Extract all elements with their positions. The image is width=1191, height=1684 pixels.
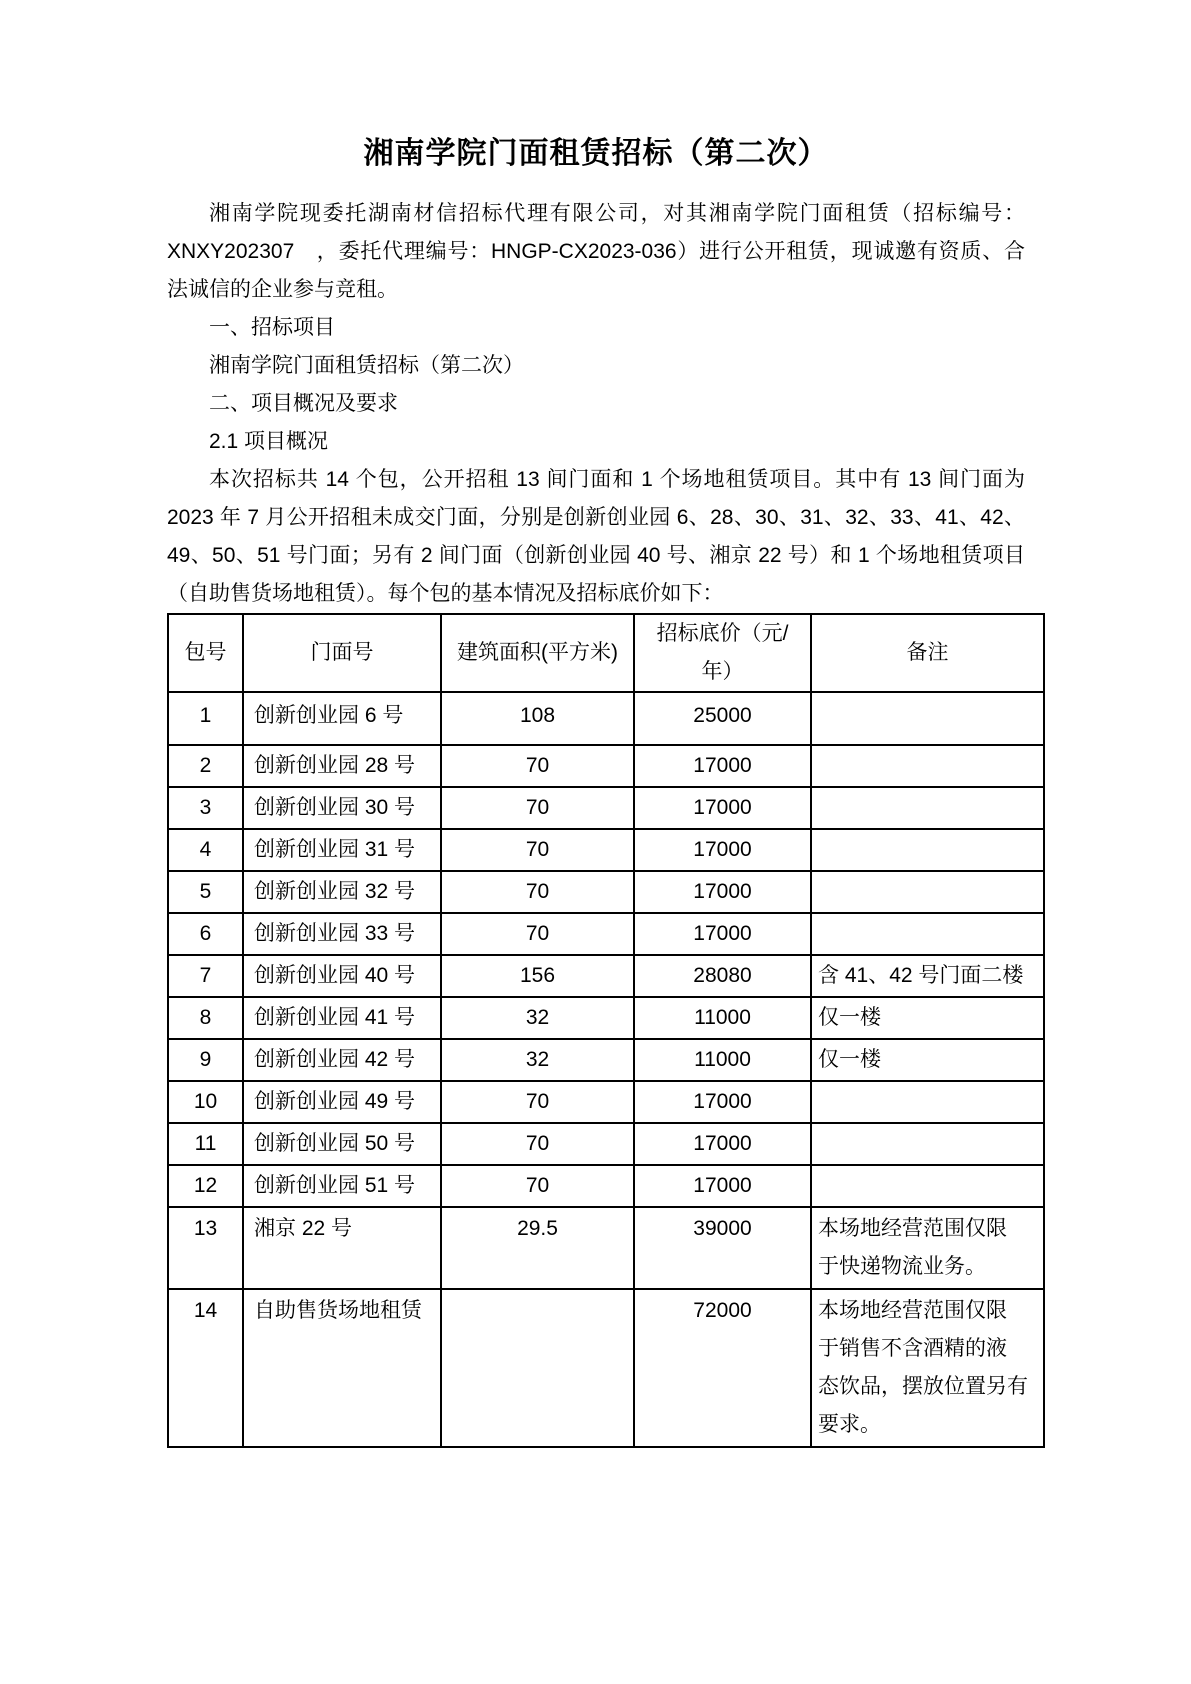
cell-area: 70	[441, 913, 634, 955]
cell-package-no: 12	[168, 1165, 243, 1207]
cell-package-no: 10	[168, 1081, 243, 1123]
cell-base-price: 11000	[634, 1039, 811, 1081]
bid-packages-table: 包号 门面号 建筑面积(平方米) 招标底价（元/ 年） 备注 1创新创业园 6 …	[167, 613, 1045, 1448]
cell-shop-no: 创新创业园 32 号	[243, 871, 441, 913]
cell-shop-no: 自助售货场地租赁	[243, 1289, 441, 1447]
cell-remark	[811, 745, 1044, 787]
section-2-1-heading: 2.1 项目概况	[167, 423, 1025, 461]
table-row: 6创新创业园 33 号7017000	[168, 913, 1044, 955]
column-header-area: 建筑面积(平方米)	[441, 614, 634, 692]
table-row: 4创新创业园 31 号7017000	[168, 829, 1044, 871]
bid-packages-table-body: 1创新创业园 6 号108250002创新创业园 28 号70170003创新创…	[168, 692, 1044, 1447]
table-row: 13湘京 22 号29.539000本场地经营范围仅限 于快递物流业务。	[168, 1207, 1044, 1289]
cell-shop-no: 创新创业园 28 号	[243, 745, 441, 787]
cell-shop-no: 创新创业园 51 号	[243, 1165, 441, 1207]
cell-package-no: 1	[168, 692, 243, 745]
table-header-row: 包号 门面号 建筑面积(平方米) 招标底价（元/ 年） 备注	[168, 614, 1044, 692]
cell-package-no: 4	[168, 829, 243, 871]
table-row: 3创新创业园 30 号7017000	[168, 787, 1044, 829]
cell-remark: 仅一楼	[811, 1039, 1044, 1081]
cell-remark: 本场地经营范围仅限 于快递物流业务。	[811, 1207, 1044, 1289]
cell-remark: 本场地经营范围仅限 于销售不含酒精的液 态饮品，摆放位置另有 要求。	[811, 1289, 1044, 1447]
document-page: 湘南学院门面租赁招标（第二次） 湘南学院现委托湖南材信招标代理有限公司，对其湘南…	[0, 0, 1191, 1684]
cell-remark	[811, 787, 1044, 829]
cell-base-price: 28080	[634, 955, 811, 997]
cell-package-no: 7	[168, 955, 243, 997]
cell-area: 70	[441, 787, 634, 829]
section-1-heading: 一、招标项目	[167, 309, 1025, 347]
cell-remark: 仅一楼	[811, 997, 1044, 1039]
cell-package-no: 6	[168, 913, 243, 955]
cell-base-price: 72000	[634, 1289, 811, 1447]
cell-remark	[811, 913, 1044, 955]
cell-area: 156	[441, 955, 634, 997]
table-row: 2创新创业园 28 号7017000	[168, 745, 1044, 787]
cell-base-price: 17000	[634, 1123, 811, 1165]
cell-base-price: 39000	[634, 1207, 811, 1289]
table-row: 9创新创业园 42 号3211000仅一楼	[168, 1039, 1044, 1081]
column-header-remark: 备注	[811, 614, 1044, 692]
column-header-shop-no: 门面号	[243, 614, 441, 692]
cell-remark	[811, 1081, 1044, 1123]
cell-shop-no: 创新创业园 42 号	[243, 1039, 441, 1081]
cell-shop-no: 创新创业园 40 号	[243, 955, 441, 997]
table-row: 7创新创业园 40 号15628080含 41、42 号门面二楼	[168, 955, 1044, 997]
cell-area	[441, 1289, 634, 1447]
cell-area: 29.5	[441, 1207, 634, 1289]
cell-base-price: 17000	[634, 913, 811, 955]
cell-area: 70	[441, 1165, 634, 1207]
cell-remark	[811, 1123, 1044, 1165]
cell-package-no: 3	[168, 787, 243, 829]
table-row: 12创新创业园 51 号7017000	[168, 1165, 1044, 1207]
cell-package-no: 8	[168, 997, 243, 1039]
cell-remark: 含 41、42 号门面二楼	[811, 955, 1044, 997]
cell-base-price: 11000	[634, 997, 811, 1039]
section-2-heading: 二、项目概况及要求	[167, 385, 1025, 423]
cell-base-price: 17000	[634, 1165, 811, 1207]
cell-package-no: 9	[168, 1039, 243, 1081]
table-header: 包号 门面号 建筑面积(平方米) 招标底价（元/ 年） 备注	[168, 614, 1044, 692]
table-row: 8创新创业园 41 号3211000仅一楼	[168, 997, 1044, 1039]
cell-remark	[811, 1165, 1044, 1207]
cell-shop-no: 创新创业园 30 号	[243, 787, 441, 829]
cell-shop-no: 创新创业园 50 号	[243, 1123, 441, 1165]
cell-area: 70	[441, 829, 634, 871]
table-row: 1创新创业园 6 号10825000	[168, 692, 1044, 745]
cell-shop-no: 创新创业园 6 号	[243, 692, 441, 745]
cell-package-no: 2	[168, 745, 243, 787]
cell-remark	[811, 692, 1044, 745]
cell-remark	[811, 871, 1044, 913]
section-1-body: 湘南学院门面租赁招标（第二次）	[167, 347, 1025, 385]
cell-area: 32	[441, 997, 634, 1039]
cell-shop-no: 湘京 22 号	[243, 1207, 441, 1289]
column-header-base-price: 招标底价（元/ 年）	[634, 614, 811, 692]
table-row: 5创新创业园 32 号7017000	[168, 871, 1044, 913]
table-row: 11创新创业园 50 号7017000	[168, 1123, 1044, 1165]
cell-package-no: 11	[168, 1123, 243, 1165]
cell-package-no: 14	[168, 1289, 243, 1447]
cell-package-no: 5	[168, 871, 243, 913]
table-row: 10创新创业园 49 号7017000	[168, 1081, 1044, 1123]
cell-area: 108	[441, 692, 634, 745]
column-header-package-no: 包号	[168, 614, 243, 692]
cell-area: 32	[441, 1039, 634, 1081]
cell-area: 70	[441, 1081, 634, 1123]
cell-area: 70	[441, 745, 634, 787]
cell-base-price: 17000	[634, 1081, 811, 1123]
cell-base-price: 17000	[634, 871, 811, 913]
intro-paragraph: 湘南学院现委托湖南材信招标代理有限公司，对其湘南学院门面租赁（招标编号：XNXY…	[167, 195, 1025, 309]
document-title: 湘南学院门面租赁招标（第二次）	[167, 131, 1025, 177]
cell-package-no: 13	[168, 1207, 243, 1289]
cell-area: 70	[441, 1123, 634, 1165]
cell-base-price: 17000	[634, 745, 811, 787]
cell-base-price: 17000	[634, 829, 811, 871]
cell-base-price: 17000	[634, 787, 811, 829]
cell-shop-no: 创新创业园 33 号	[243, 913, 441, 955]
cell-base-price: 25000	[634, 692, 811, 745]
cell-shop-no: 创新创业园 41 号	[243, 997, 441, 1039]
table-row: 14自助售货场地租赁72000本场地经营范围仅限 于销售不含酒精的液 态饮品，摆…	[168, 1289, 1044, 1447]
cell-shop-no: 创新创业园 49 号	[243, 1081, 441, 1123]
cell-shop-no: 创新创业园 31 号	[243, 829, 441, 871]
overview-paragraph: 本次招标共 14 个包，公开招租 13 间门面和 1 个场地租赁项目。其中有 1…	[167, 461, 1025, 613]
cell-area: 70	[441, 871, 634, 913]
cell-remark	[811, 829, 1044, 871]
